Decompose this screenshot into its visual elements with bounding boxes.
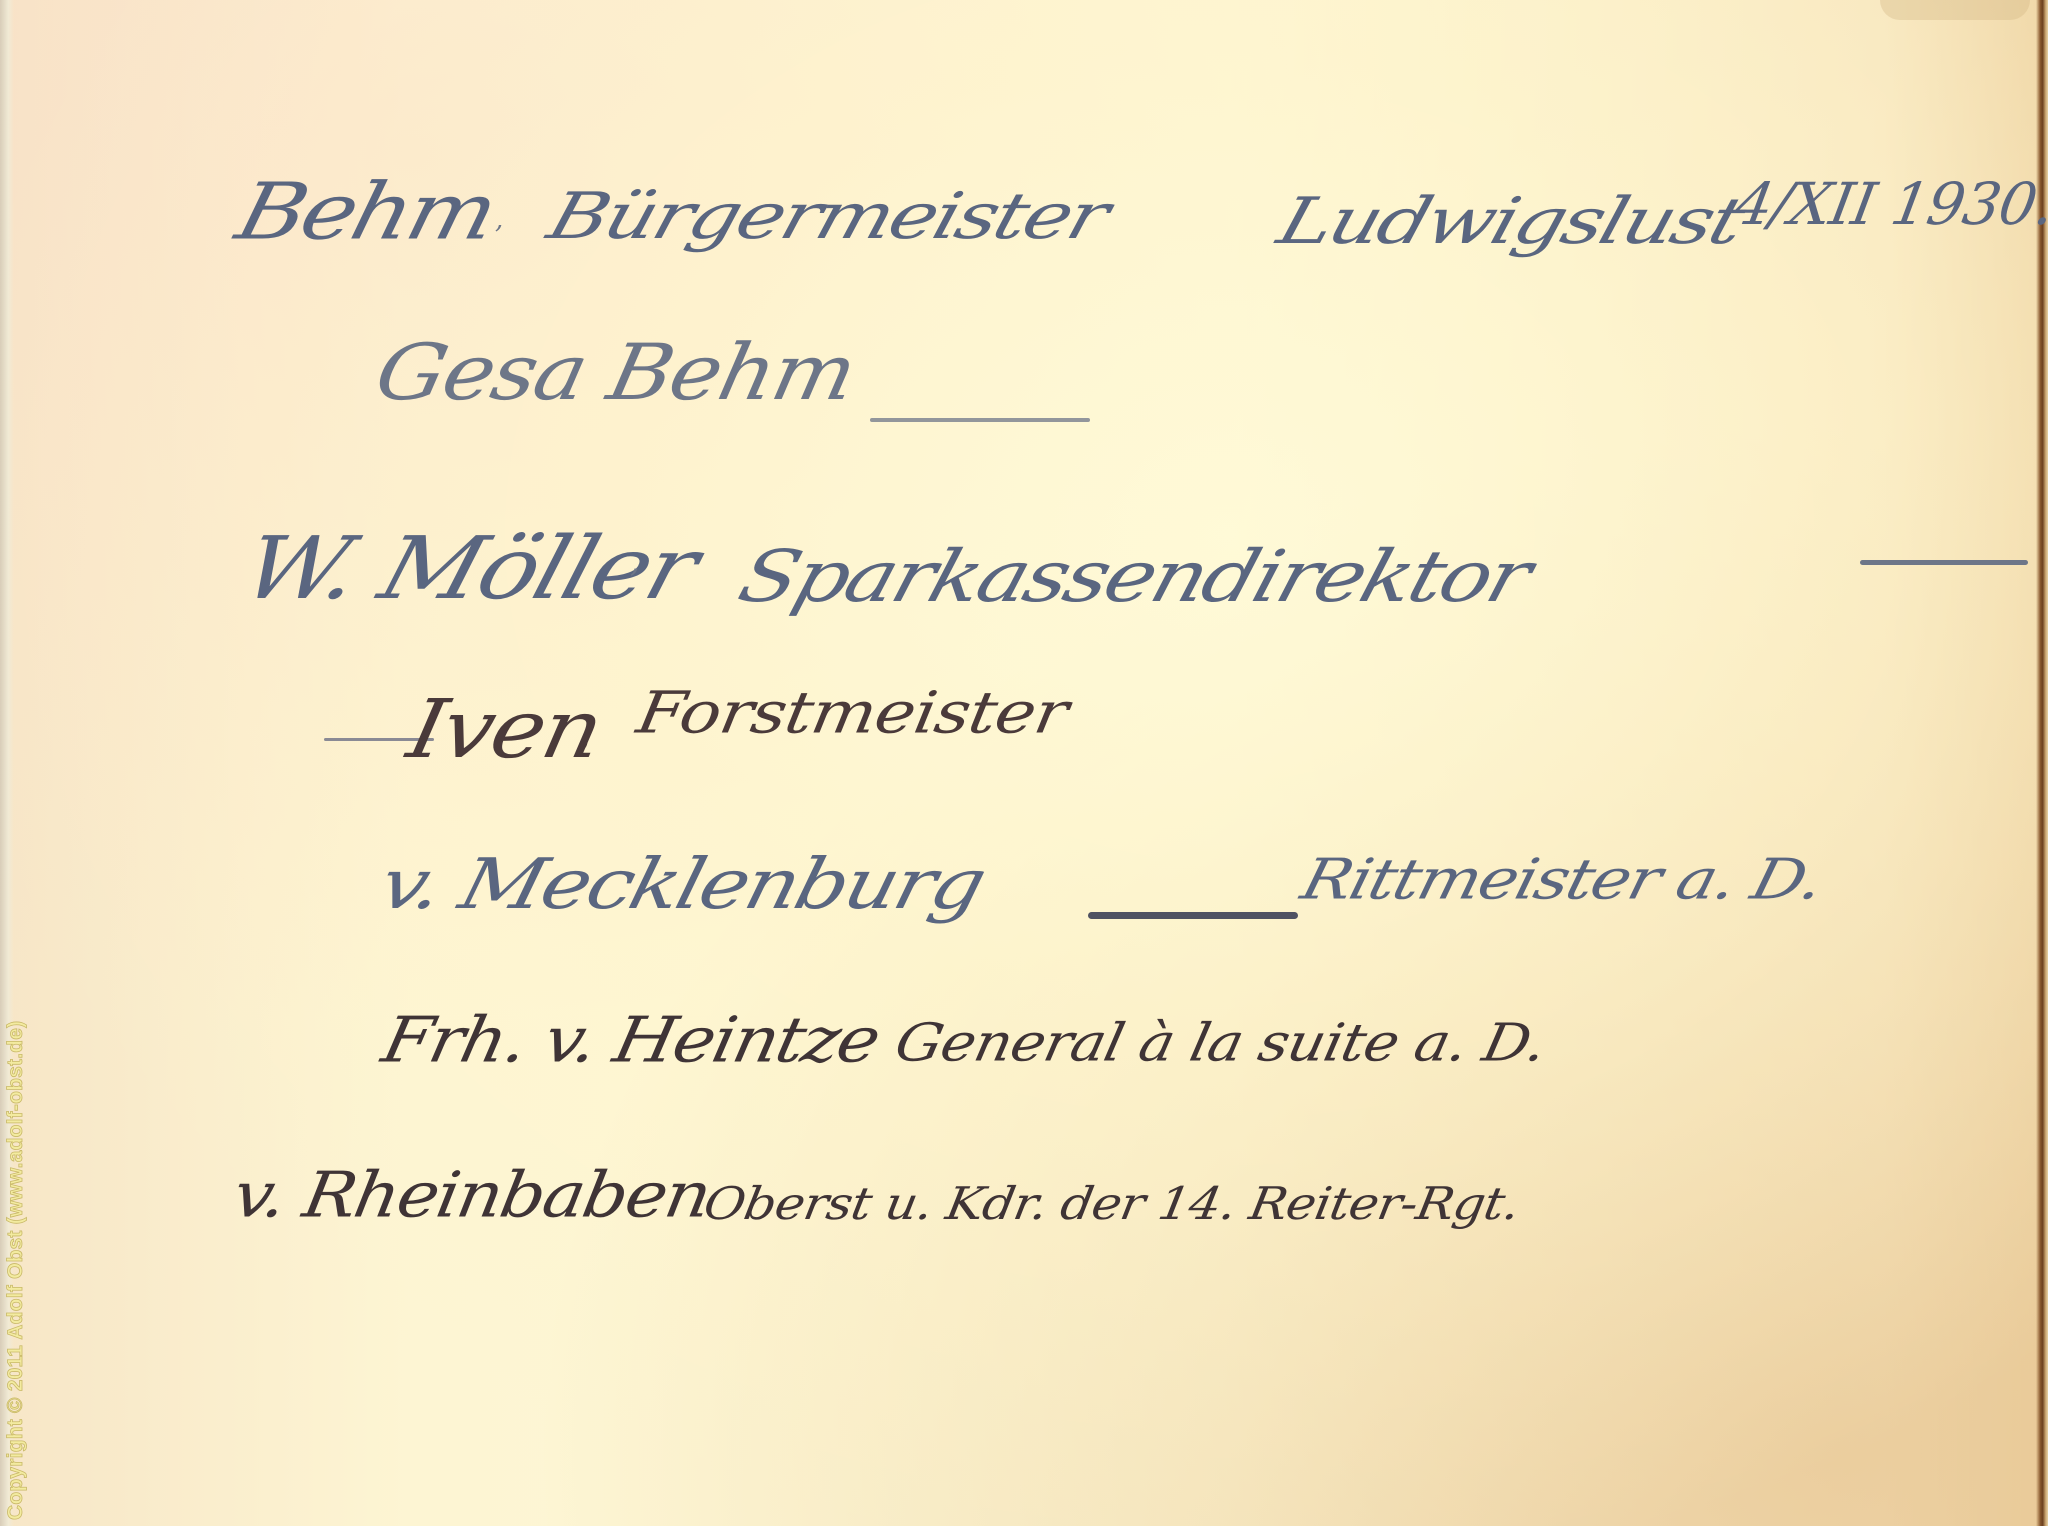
comma: , xyxy=(580,720,590,755)
signature-name: v. Rheinbaben xyxy=(228,1158,715,1232)
signature-name: Frh. v. Heintze xyxy=(376,1003,885,1077)
signature-title: Bürgermeister xyxy=(540,179,1115,253)
signature-name: Behm xyxy=(228,166,503,257)
signature-place: Ludwigslust xyxy=(1270,184,1751,258)
paper-stain xyxy=(1880,0,2030,20)
comma: , xyxy=(630,545,640,580)
signature-flourish xyxy=(1088,912,1298,919)
signature-date: 4/XII 1930. xyxy=(1730,170,2048,238)
signature-title: Forstmeister xyxy=(632,680,1072,747)
comma: , xyxy=(495,205,503,235)
signature-name: Iven xyxy=(400,683,610,778)
signature-title: Rittmeister a. D. xyxy=(1295,847,1829,912)
signature-title: Oberst u. Kdr. der 14. Reiter-Rgt. xyxy=(700,1178,1523,1230)
signature-name: v. Mecklenburg xyxy=(372,844,992,925)
copyright-watermark: Copyright © 2011 Adolf Obst (www.adolf-o… xyxy=(4,1021,28,1520)
signature-flourish xyxy=(1860,560,2028,565)
signature-title: Sparkassendirektor xyxy=(730,535,1538,618)
signature-name: Gesa Behm xyxy=(368,328,863,418)
signature-flourish xyxy=(870,418,1090,422)
signature-title: General à la suite a. D. xyxy=(890,1012,1551,1073)
guestbook-page: Copyright © 2011 Adolf Obst (www.adolf-o… xyxy=(0,0,2048,1526)
